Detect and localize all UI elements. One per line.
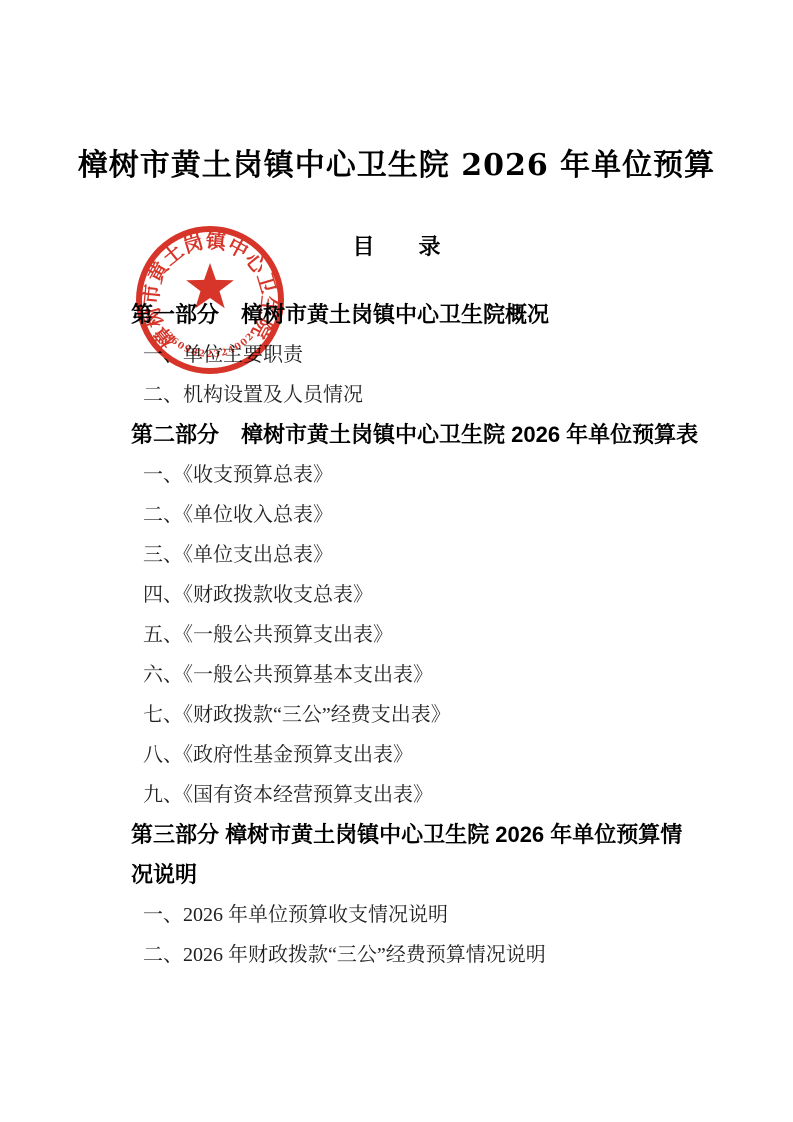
toc-item: 二、2026 年财政拨款“三公”经费预算情况说明 bbox=[131, 935, 695, 975]
toc-section-heading: 第一部分 樟树市黄土岗镇中心卫生院概况 bbox=[131, 295, 695, 335]
toc-item: 一、《收支预算总表》 bbox=[131, 455, 695, 495]
toc-item: 一、2026 年单位预算收支情况说明 bbox=[131, 895, 695, 935]
toc-item: 三、《单位支出总表》 bbox=[131, 535, 695, 575]
document-title: 樟树市黄土岗镇中心卫生院 2026 年单位预算 bbox=[0, 140, 793, 184]
toc-item: 七、《财政拨款“三公”经费支出表》 bbox=[131, 695, 695, 735]
toc-section-heading: 第三部分 樟树市黄土岗镇中心卫生院 2026 年单位预算情 bbox=[131, 815, 695, 855]
toc-heading: 目 录 bbox=[0, 230, 793, 261]
table-of-contents: 第一部分 樟树市黄土岗镇中心卫生院概况 一、单位主要职责 二、机构设置及人员情况… bbox=[131, 295, 695, 975]
toc-item: 五、《一般公共预算支出表》 bbox=[131, 615, 695, 655]
document-page: 樟树市黄土岗镇中心卫生院 2026 年单位预算 目 录 第一部分 樟树市黄土岗镇… bbox=[0, 0, 793, 1122]
toc-item: 二、机构设置及人员情况 bbox=[131, 375, 695, 415]
toc-item: 二、《单位收入总表》 bbox=[131, 495, 695, 535]
toc-item: 一、单位主要职责 bbox=[131, 335, 695, 375]
toc-item: 四、《财政拨款收支总表》 bbox=[131, 575, 695, 615]
toc-item: 八、《政府性基金预算支出表》 bbox=[131, 735, 695, 775]
toc-item: 九、《国有资本经营预算支出表》 bbox=[131, 775, 695, 815]
toc-item: 六、《一般公共预算基本支出表》 bbox=[131, 655, 695, 695]
toc-section-heading: 第二部分 樟树市黄土岗镇中心卫生院 2026 年单位预算表 bbox=[131, 415, 695, 455]
toc-section-heading: 况说明 bbox=[131, 855, 695, 895]
